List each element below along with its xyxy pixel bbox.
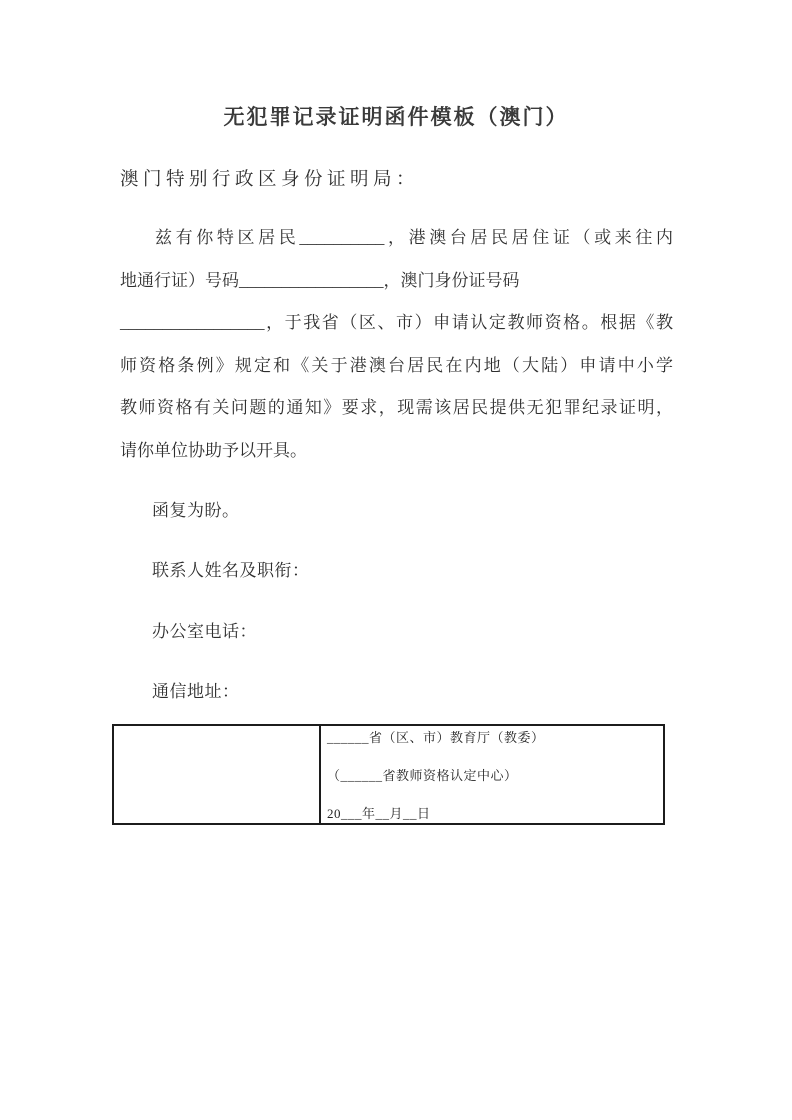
stamp-cell [114, 726, 319, 823]
closing-line: 函复为盼。 [152, 496, 240, 521]
paragraph-line: 兹有你特区居民__________，港澳台居民居住证（或来往内 [120, 217, 673, 260]
paragraph-line: _________________，于我省（区、市）申请认定教师资格。根据《教 [120, 302, 673, 345]
salutation-line: 澳门特别行政区身份证明局： [120, 165, 419, 191]
signature-table: ______省（区、市）教育厅（教委） （______省教师资格认定中心） 20… [112, 724, 665, 825]
paragraph-line: 地通行证）号码_________________，澳门身份证号码 [120, 260, 673, 303]
document-title: 无犯罪记录证明函件模板（澳门） [0, 101, 792, 131]
mailing-address-line: 通信地址： [152, 677, 240, 702]
paragraph-line: 师资格条例》规定和《关于港澳台居民在内地（大陆）申请中小学 [120, 345, 673, 388]
document-page: 无犯罪记录证明函件模板（澳门） 澳门特别行政区身份证明局： 兹有你特区居民___… [0, 0, 792, 1120]
contact-name-line: 联系人姓名及职衔： [152, 556, 310, 581]
paragraph-line: 请你单位协助予以开具。 [120, 430, 673, 473]
certification-center-line: （______省教师资格认定中心） [327, 768, 518, 783]
office-phone-line: 办公室电话： [152, 617, 257, 642]
date-line: 20___年__月__日 [327, 806, 431, 821]
body-paragraph: 兹有你特区居民__________，港澳台居民居住证（或来往内 地通行证）号码_… [120, 217, 673, 472]
paragraph-line: 教师资格有关问题的通知》要求，现需该居民提供无犯罪纪录证明， [120, 387, 673, 430]
signature-cell: ______省（区、市）教育厅（教委） （______省教师资格认定中心） 20… [321, 726, 663, 823]
issuer-line: ______省（区、市）教育厅（教委） [327, 730, 545, 745]
